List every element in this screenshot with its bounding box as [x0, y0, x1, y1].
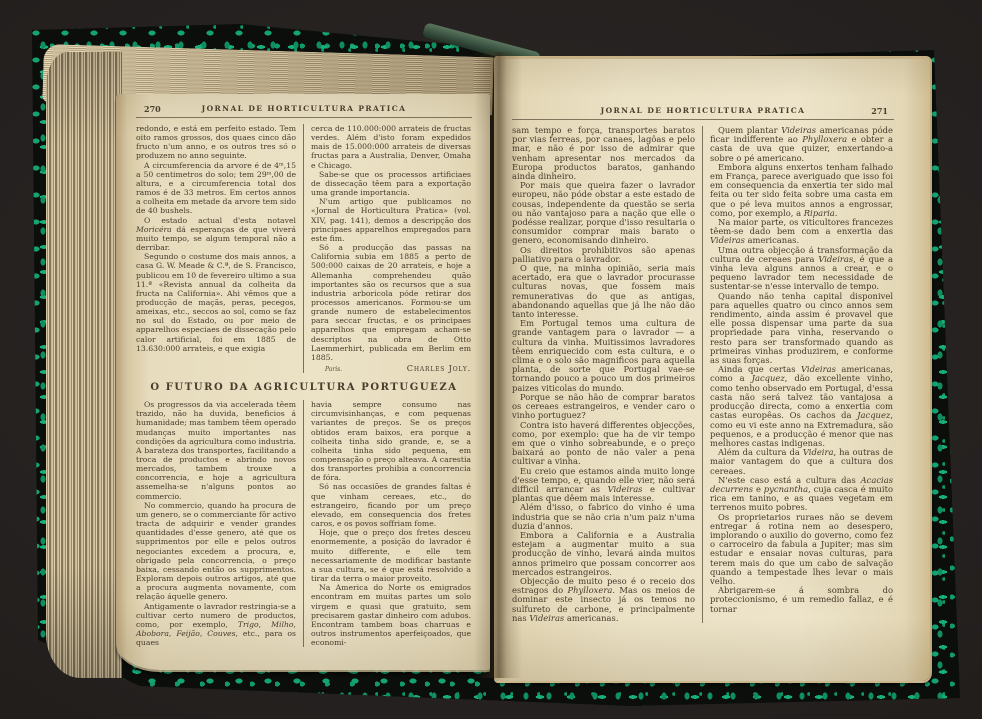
paragraph: Só a producção das passas na California …	[311, 243, 471, 362]
paragraph: Além d'isso, o fabrico do vinho é uma in…	[512, 503, 695, 531]
page-number-left: 270	[144, 104, 161, 114]
paragraph: Na maior parte, os viticultores franceze…	[710, 218, 893, 246]
paragraph: N'um artigo que publicamos no «Jornal de…	[311, 197, 471, 243]
paragraph: Por mais que queira fazer o lavrador eur…	[512, 181, 695, 245]
left-page-content: 270 JORNAL DE HORTICULTURA PRATICA redon…	[136, 104, 472, 647]
paragraph: Embora a California e a Australia esteja…	[512, 531, 695, 577]
article-signature: Paris. Charles Joly.	[311, 363, 471, 373]
signature-author: Charles Joly.	[407, 363, 471, 373]
right-page-content: JORNAL DE HORTICULTURA PRATICA 271 sam t…	[512, 106, 894, 623]
header-rule	[512, 119, 894, 120]
paragraph: sam tempo e força, transportes baratos p…	[512, 126, 695, 181]
column-1: Os progressos da via accelerada têem tra…	[136, 400, 303, 647]
header-rule	[136, 117, 472, 118]
paragraph: No commercio, quando ha procura de um ge…	[136, 501, 296, 602]
paragraph: cerca de 110.000:000 arrateis de fructas…	[311, 124, 471, 170]
paragraph: Sabe-se que os processos artificiaes de …	[311, 170, 471, 197]
paragraph: Os progressos da via accelerada têem tra…	[136, 400, 296, 501]
running-head-left: JORNAL DE HORTICULTURA PRATICA	[202, 104, 407, 113]
running-head-right: JORNAL DE HORTICULTURA PRATICA	[601, 106, 806, 115]
paragraph: Os proprietarios ruraes não se devem ent…	[710, 513, 893, 587]
paragraph: Além da cultura da Videira, ha outras de…	[710, 448, 893, 476]
paragraph: Quem plantar Videiras americanas póde fi…	[710, 126, 893, 163]
paragraph: Contra isto haverá differentes objecções…	[512, 421, 695, 467]
paragraph: O que, na minha opinião, seria mais acer…	[512, 264, 695, 319]
paragraph: N'este caso está a cultura das Acacias d…	[710, 476, 893, 513]
paragraph: Objecção de muito peso é o receio dos es…	[512, 577, 695, 623]
paragraph: Ainda que certas Videiras americanas, co…	[710, 365, 893, 448]
paragraph: Os direitos prohibitivos são apenas pall…	[512, 246, 695, 264]
page-number-right: 271	[871, 106, 888, 116]
paragraph: Uma outra objecção á transformação da cu…	[710, 246, 893, 292]
page-stack-fore-edge	[46, 52, 122, 678]
right-page-header: JORNAL DE HORTICULTURA PRATICA 271	[512, 106, 894, 117]
signature-place: Paris.	[325, 366, 342, 373]
paragraph: Em Portugal temos uma cultura de grande …	[512, 319, 695, 393]
column-2: cerca de 110.000:000 arrateis de fructas…	[303, 124, 471, 373]
paragraph: Segundo o costume dos mais annos, a casa…	[136, 252, 296, 353]
paragraph: Antigamente o lavrador restringia-se a c…	[136, 602, 296, 648]
paragraph: Quando não tenha capital disponivel para…	[710, 292, 893, 366]
article-heading: O FUTURO DA AGRICULTURA PORTUGUEZA	[136, 382, 472, 393]
paragraph: O estado actual d'esta notavel Moricéra …	[136, 216, 296, 253]
article-agricultura-left-page: Os progressos da via accelerada têem tra…	[136, 400, 472, 647]
paragraph: Embora alguns enxertos tenham falhado em…	[710, 163, 893, 218]
paragraph: A circumferencia da arvore é de 4ᵐ,15 a …	[136, 161, 296, 216]
book-photograph: 270 JORNAL DE HORTICULTURA PRATICA redon…	[0, 0, 982, 719]
paragraph: Porque se não hão de comprar baratos os …	[512, 393, 695, 421]
paragraph: Só nas occasiões de grandes faltas é que…	[311, 482, 471, 528]
article-fruit-drying: redondo, e está em perfeito estado. Tem …	[136, 124, 472, 373]
paragraph: Eu creio que estamos ainda muito longe d…	[512, 467, 695, 504]
article-agricultura-right-page: sam tempo e força, transportes baratos p…	[512, 126, 894, 623]
paragraph: havia sempre consumo nas circumvisinhanç…	[311, 400, 471, 482]
column-1: sam tempo e força, transportes baratos p…	[512, 126, 702, 623]
left-page-header: 270 JORNAL DE HORTICULTURA PRATICA	[136, 104, 472, 115]
paragraph: Hoje, que o preço dos fretes desceu enor…	[311, 528, 471, 583]
column-2: Quem plantar Videiras americanas póde fi…	[702, 126, 893, 623]
paragraph: redondo, e está em perfeito estado. Tem …	[136, 124, 296, 161]
column-1: redondo, e está em perfeito estado. Tem …	[136, 124, 303, 373]
paragraph: Na America do Norte os emigrados encontr…	[311, 583, 471, 647]
paragraph: Abrigarem-se á sombra do proteccionismo,…	[710, 586, 893, 614]
column-2-text: cerca de 110.000:000 arrateis de fructas…	[311, 124, 471, 362]
column-2: havia sempre consumo nas circumvisinhanç…	[303, 400, 471, 647]
